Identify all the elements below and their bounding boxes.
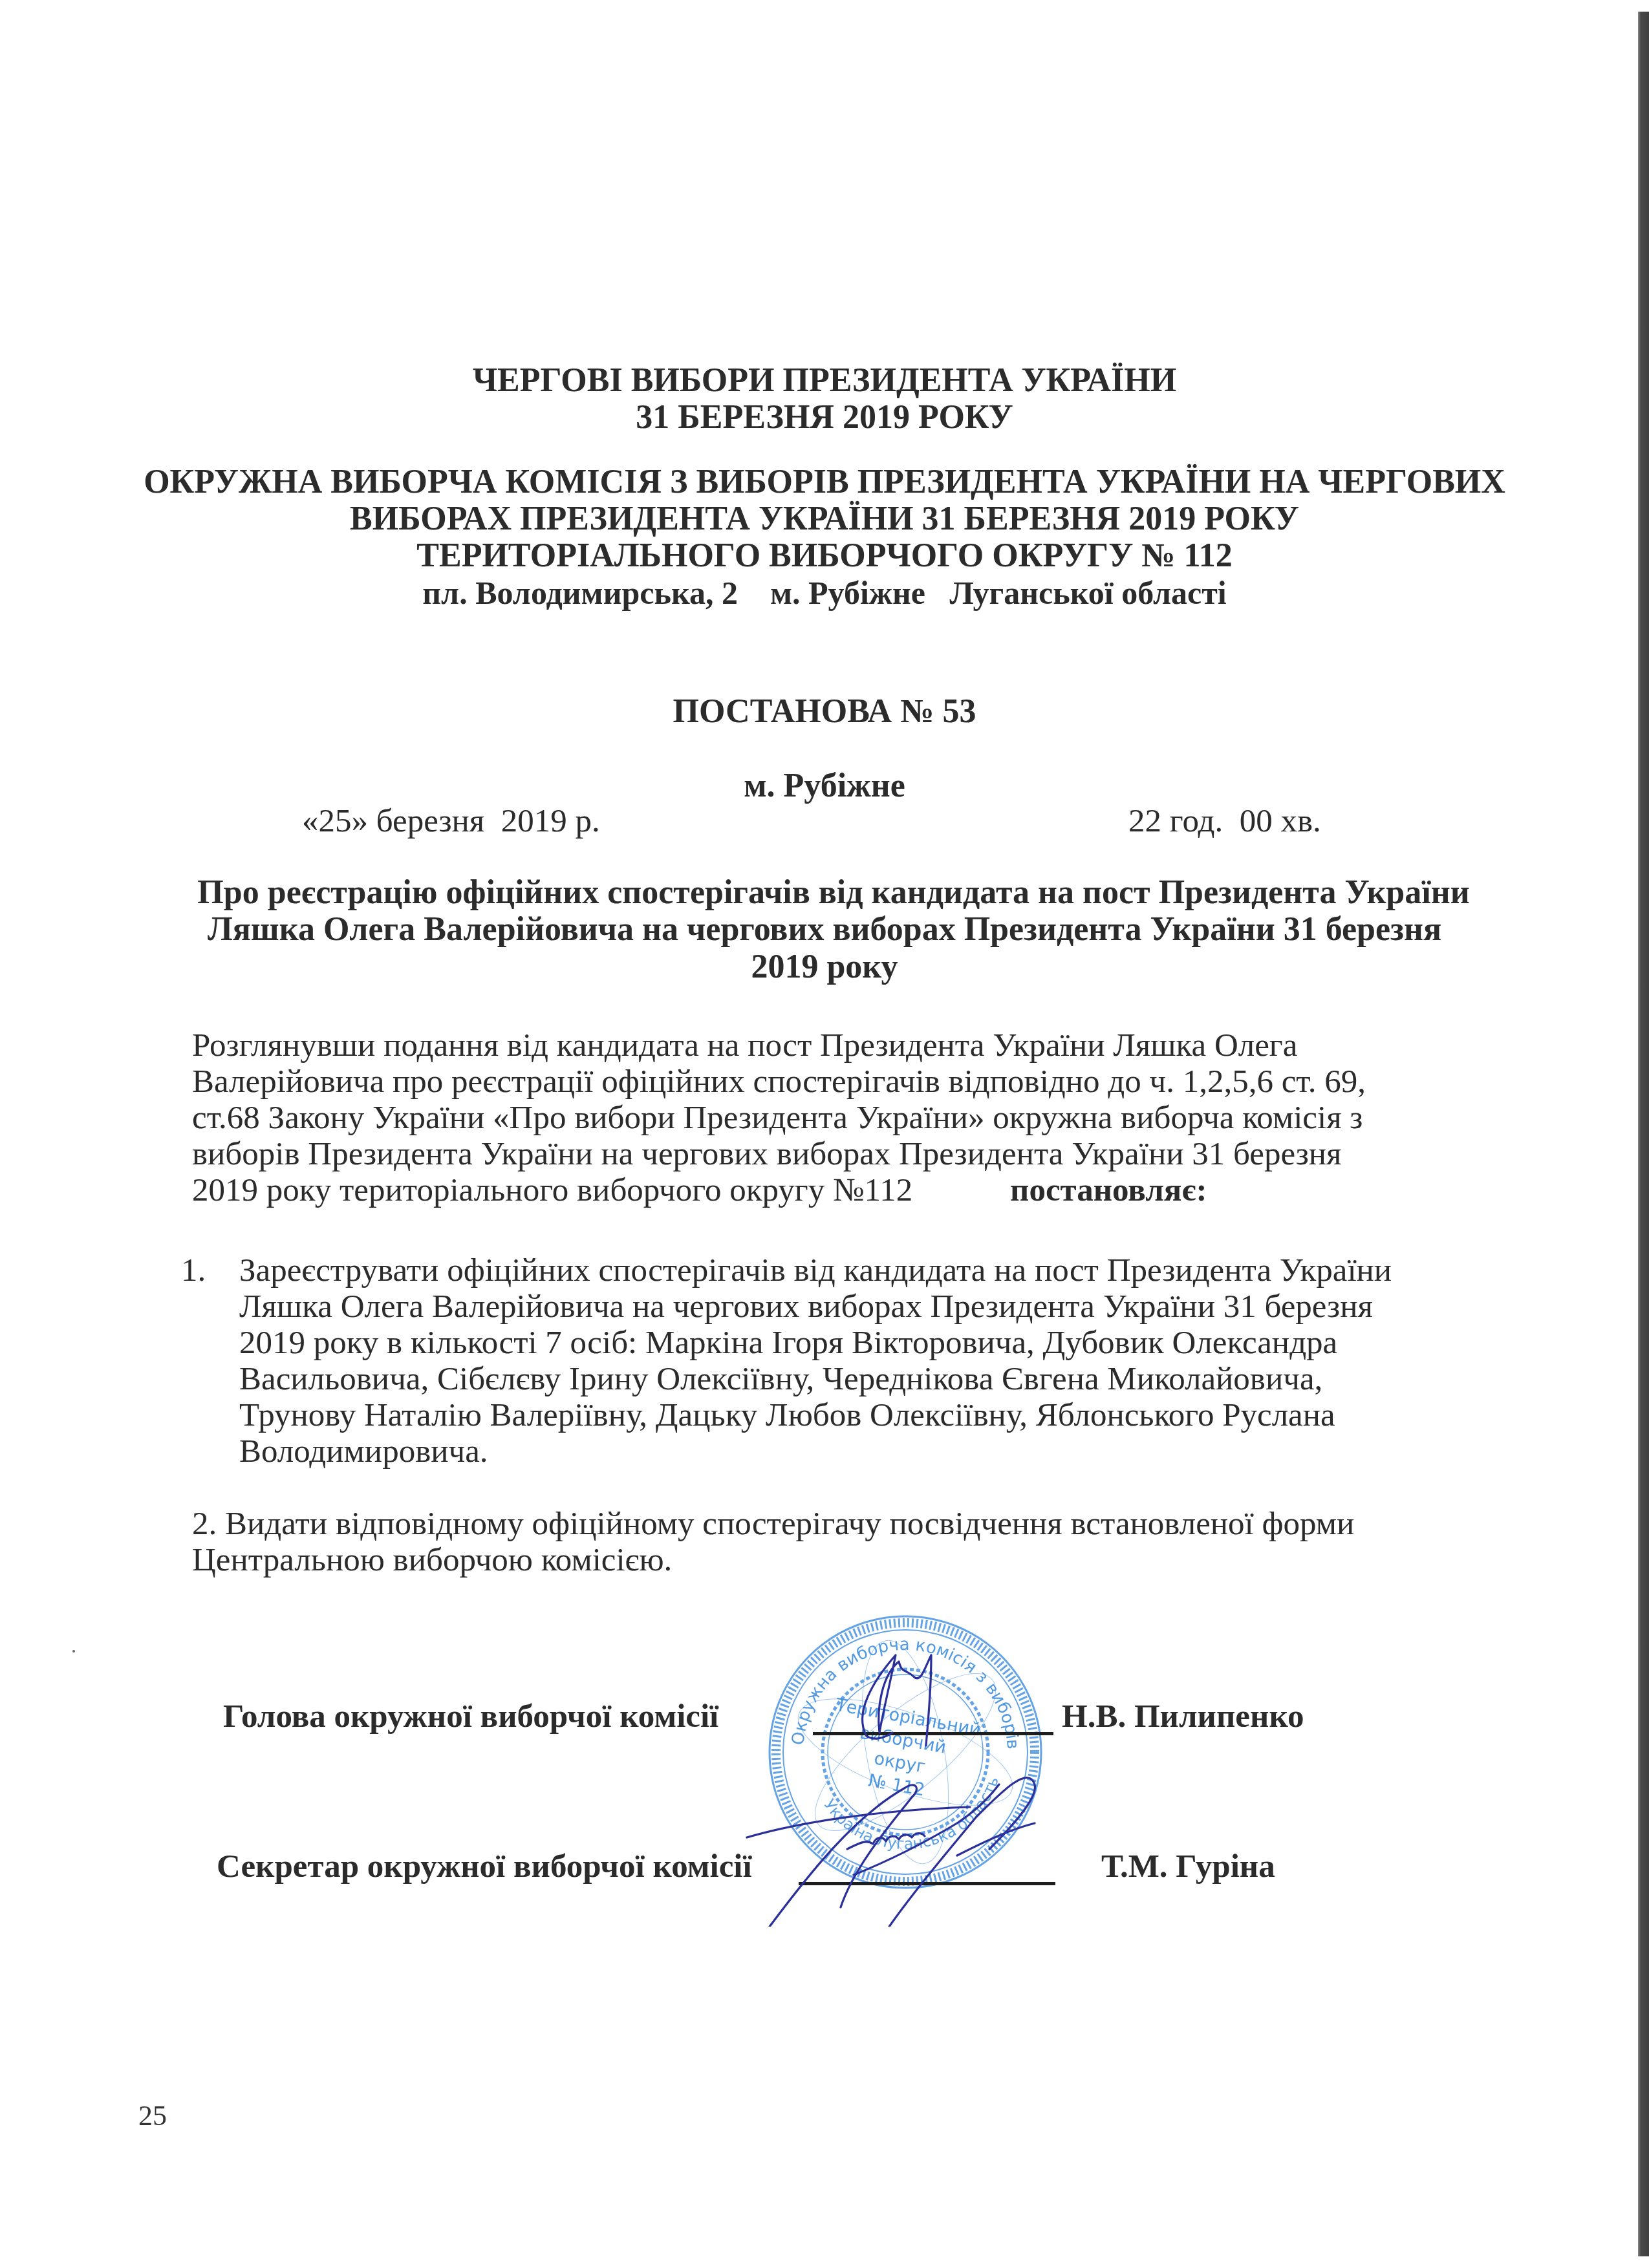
preamble-line: 2019 року територіального виборчого окру… — [192, 1174, 912, 1207]
item-number: 1. — [181, 1254, 206, 1287]
item-1-line: Трунову Наталію Валеріївну, Дацьку Любов… — [239, 1399, 1335, 1432]
item-2-line: 2. Видати відповідному офіційному спосте… — [192, 1508, 1354, 1541]
subject-line-2: Ляшка Олега Валерійовича на чергових виб… — [0, 913, 1649, 947]
subject-line-3: 2019 року — [0, 950, 1649, 984]
commission-line-3: ТЕРИТОРІАЛЬНОГО ВИБОРЧОГО ОКРУГУ № 112 — [0, 539, 1649, 573]
item-1-line: Зареєструвати офіційних спостерігачів ві… — [239, 1254, 1392, 1287]
secretary-title: Секретар окружної виборчої комісії — [217, 1850, 752, 1883]
resolution-time: 22 год. 00 хв. — [1128, 805, 1321, 838]
election-title: ЧЕРГОВІ ВИБОРИ ПРЕЗИДЕНТА УКРАЇНИ — [0, 364, 1649, 398]
scan-border — [1638, 12, 1649, 2256]
item-1-line: 2019 року в кількості 7 осіб: Маркіна Іг… — [239, 1327, 1337, 1360]
preamble-line: виборів Президента України на чергових в… — [192, 1138, 1342, 1171]
resolution-date: «25» березня 2019 р. — [302, 805, 600, 838]
commission-line-1: ОКРУЖНА ВИБОРЧА КОМІСІЯ З ВИБОРІВ ПРЕЗИД… — [0, 465, 1649, 499]
secretary-name: Т.М. Гуріна — [1101, 1850, 1275, 1883]
item-1-line: Васильовича, Сібєлєву Ірину Олексіївну, … — [239, 1363, 1322, 1396]
resolution-title: ПОСТАНОВА № 53 — [0, 695, 1649, 729]
preamble-line: Розглянувши подання від кандидата на пос… — [192, 1029, 1297, 1062]
decides-label: постановляє: — [1010, 1174, 1207, 1207]
preamble-line: Валерійовича про реєстрації офіційних сп… — [192, 1065, 1366, 1098]
item-1-line: Володимировича. — [239, 1435, 488, 1468]
scan-speck — [72, 1650, 75, 1653]
item-1-line: Ляшка Олега Валерійовича на чергових виб… — [239, 1290, 1373, 1323]
election-date: 31 БЕРЕЗНЯ 2019 РОКУ — [0, 401, 1649, 434]
chair-title: Голова окружної виборчої комісії — [223, 1700, 718, 1733]
page-number: 25 — [138, 2099, 167, 2132]
commission-address: пл. Володимирська, 2 м. Рубіжне Луганськ… — [0, 577, 1649, 609]
item-2-line: Центральною виборчою комісією. — [192, 1544, 672, 1577]
preamble-line: ст.68 Закону України «Про вибори Президе… — [192, 1102, 1363, 1135]
resolution-city: м. Рубіжне — [0, 769, 1649, 803]
commission-line-2: ВИБОРАХ ПРЕЗИДЕНТА УКРАЇНИ 31 БЕРЕЗНЯ 20… — [0, 502, 1649, 536]
handwritten-signatures — [744, 1603, 1099, 1927]
subject-line-1: Про реєстрацію офіційних спостерігачів в… — [0, 876, 1649, 910]
